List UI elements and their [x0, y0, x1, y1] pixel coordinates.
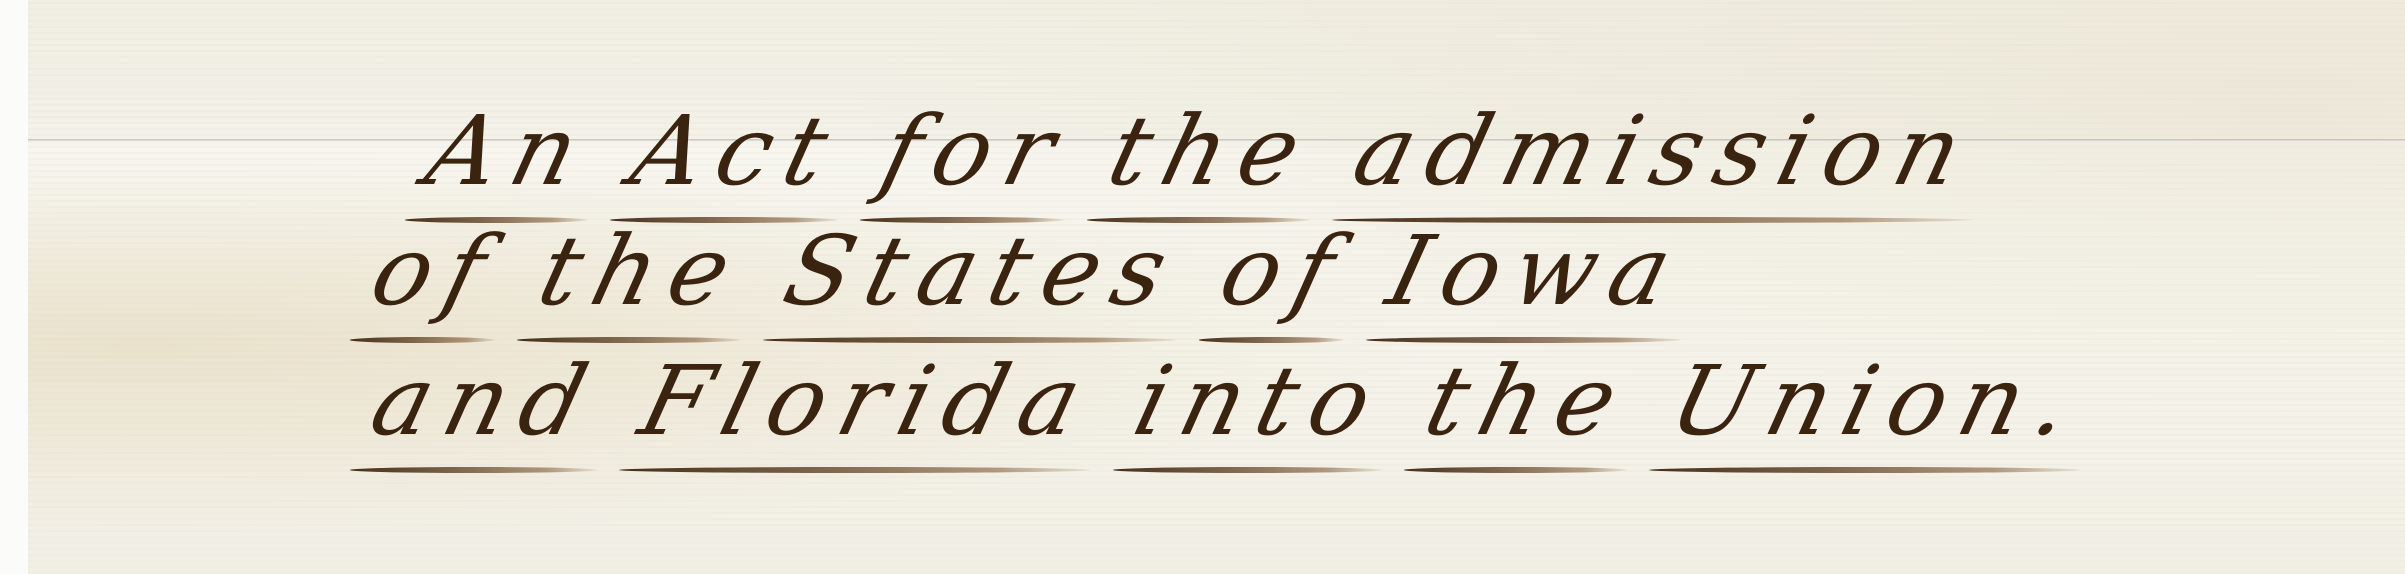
- word: of: [361, 215, 510, 327]
- word: Florida: [630, 345, 1106, 457]
- word: Union.: [1660, 345, 2096, 457]
- word: Act: [621, 95, 853, 207]
- word: the: [1415, 345, 1642, 457]
- word: admission: [1343, 95, 1986, 207]
- word: for: [871, 95, 1080, 207]
- word: the: [528, 215, 755, 327]
- title-line-3: andFloridaintotheUnion.: [361, 345, 2142, 457]
- word: An: [416, 95, 603, 207]
- word: States: [774, 215, 1192, 327]
- word: and: [361, 345, 611, 457]
- title-line-2: oftheStatesofIowa: [361, 215, 1742, 327]
- word: Iowa: [1377, 215, 1696, 327]
- handwritten-title: AnActfortheadmission oftheStatesofIowa a…: [0, 0, 2405, 574]
- word: the: [1098, 95, 1325, 207]
- word: of: [1210, 215, 1359, 327]
- word: into: [1124, 345, 1397, 457]
- title-line-1: AnActfortheadmission: [416, 95, 2032, 207]
